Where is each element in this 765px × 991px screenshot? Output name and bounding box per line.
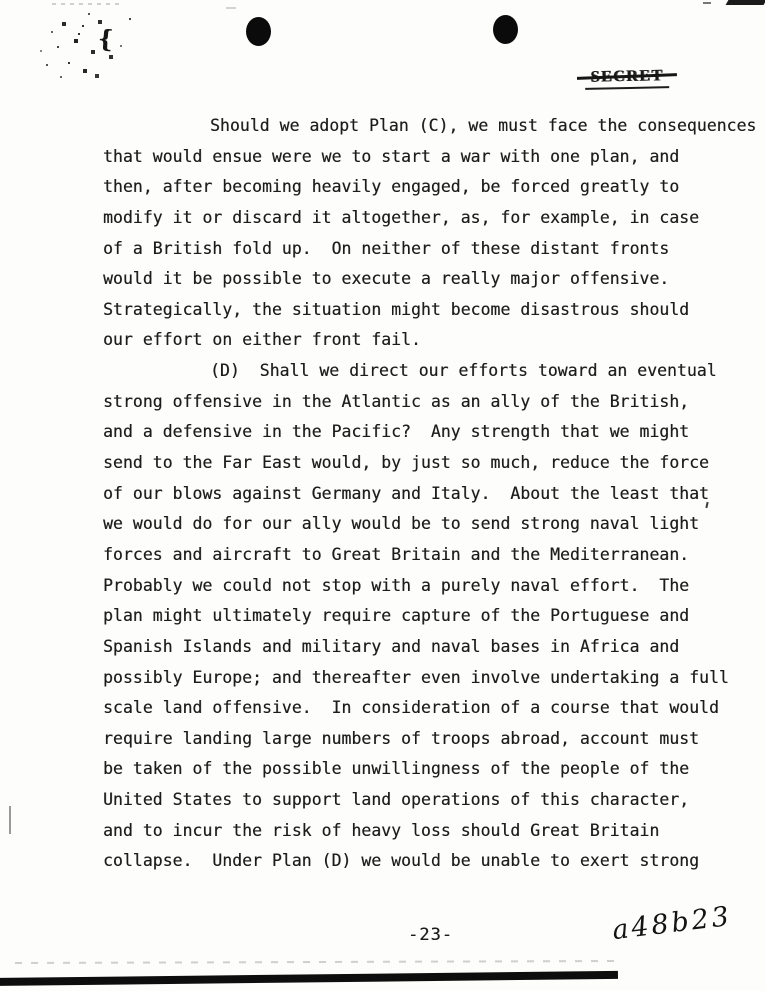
text-line: require landing large numbers of troops … bbox=[103, 724, 751, 755]
text-line: strong offensive in the Atlantic as an a… bbox=[103, 387, 751, 418]
document-body: Should we adopt Plan (C), we must face t… bbox=[103, 111, 751, 877]
scanned-document-page: { SECRET Should we adopt Plan (C), we mu… bbox=[0, 0, 765, 991]
scan-speckles bbox=[0, 0, 2, 2]
text-line: our effort on either front fail. bbox=[103, 325, 751, 356]
text-line: of our blows against Germany and Italy. … bbox=[103, 479, 751, 510]
text-line: Should we adopt Plan (C), we must face t… bbox=[103, 111, 751, 142]
punch-hole-icon bbox=[493, 15, 518, 44]
text-line: Strategically, the situation might becom… bbox=[103, 295, 751, 326]
text-line: United States to support land operations… bbox=[103, 785, 751, 816]
text-line: Probably we could not stop with a purely… bbox=[103, 571, 751, 602]
scan-noise-dashes bbox=[15, 960, 617, 964]
text-line: then, after becoming heavily engaged, be… bbox=[103, 172, 751, 203]
text-line: possibly Europe; and thereafter even inv… bbox=[103, 663, 751, 694]
page-number: -23- bbox=[408, 925, 453, 945]
text-line: Spanish Islands and military and naval b… bbox=[103, 632, 751, 663]
text-line: forces and aircraft to Great Britain and… bbox=[103, 540, 751, 571]
text-line: modify it or discard it altogether, as, … bbox=[103, 203, 751, 234]
punch-hole-icon bbox=[246, 17, 271, 46]
text-line: that would ensue were we to start a war … bbox=[103, 142, 751, 173]
text-line: send to the Far East would, by just so m… bbox=[103, 448, 751, 479]
scan-edge-line bbox=[0, 971, 618, 986]
text-line: (D) Shall we direct our efforts toward a… bbox=[103, 356, 751, 387]
handwritten-annotation: a48b23 bbox=[611, 901, 734, 946]
classification-stamp: SECRET bbox=[585, 67, 669, 90]
stray-pen-mark: { bbox=[97, 23, 114, 53]
scan-edge-mark bbox=[9, 806, 11, 834]
scan-noise-dashes bbox=[52, 3, 124, 5]
text-line: and to incur the risk of heavy loss shou… bbox=[103, 816, 751, 847]
text-line: would it be possible to execute a really… bbox=[103, 264, 751, 295]
text-line: of a British fold up. On neither of thes… bbox=[103, 234, 751, 265]
text-line: scale land offensive. In consideration o… bbox=[103, 693, 751, 724]
text-line: plan might ultimately require capture of… bbox=[103, 601, 751, 632]
text-line: and a defensive in the Pacific? Any stre… bbox=[103, 417, 751, 448]
scan-noise-dot bbox=[226, 7, 236, 9]
scan-noise-dash bbox=[703, 2, 711, 4]
scan-edge-smudge bbox=[726, 0, 765, 5]
text-line: be taken of the possible unwillingness o… bbox=[103, 754, 751, 785]
text-line: collapse. Under Plan (D) we would be una… bbox=[103, 846, 751, 877]
text-line: we would do for our ally would be to sen… bbox=[103, 509, 751, 540]
